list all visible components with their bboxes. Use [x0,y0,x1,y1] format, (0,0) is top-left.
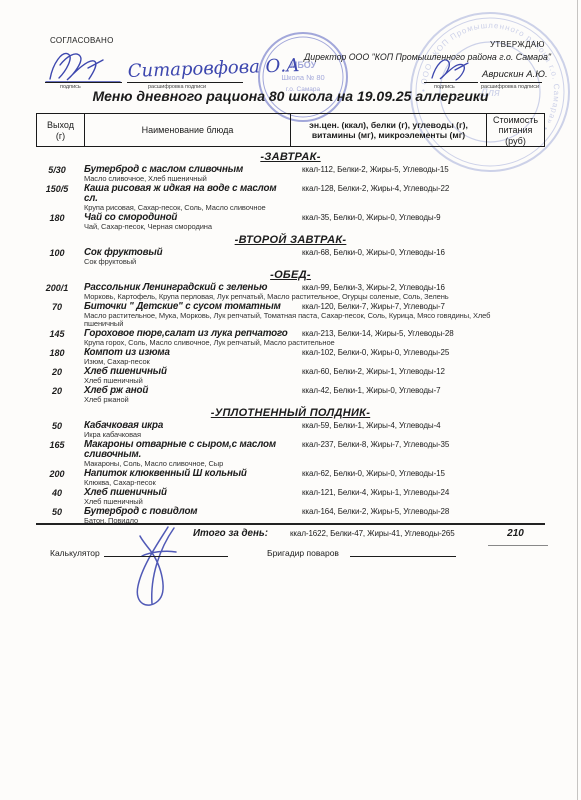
dish-nutrition: ккал-35, Белки-0, Жиры-0, Углеводы-9 [290,213,486,223]
dish-nutrition: ккал-121, Белки-4, Жиры-1, Углеводы-24 [290,488,486,498]
menu-section-title: -ОБЕД- [36,269,545,281]
col-header-output: Выход (г) [37,114,85,147]
brigadier-label: Бригадир поваров [267,548,339,558]
col-header-cost: Стоимость питания (руб) [487,114,544,147]
dish-nutrition: ккал-62, Белки-0, Жиры-0, Углеводы-15 [290,469,486,479]
dish-cost [486,248,545,258]
page-title: Меню дневного рациона 80 школа на 19.09.… [0,88,581,104]
col-header-nutrition: эн.цен. (ккал), белки (г), углеводы (г),… [291,114,487,147]
menu-section: -УПЛОТНЕННЫЙ ПОЛДНИК- 50 Кабачковая икра… [36,407,545,525]
approved-name-line [480,82,542,83]
dish-nutrition: ккал-237, Белки-8, Жиры-7, Углеводы-35 [290,440,486,460]
dish-cost [486,329,545,339]
portion-weight: 5/30 [36,165,84,183]
portion-weight: 70 [36,302,84,328]
approved-signature-line [424,82,478,83]
menu-row: 200 Напиток клюквенный Ш кольный ккал-62… [36,469,545,487]
scanned-menu-document: • ООО «КОП Промышленного района г.о. Сам… [0,0,581,800]
dish-ingredients: Макароны, Соль, Масло сливочное, Сыр [84,460,524,468]
calculator-label: Калькулятор [50,548,100,558]
totals-nutrition: ккал-1622, Белки-47, Жиры-41, Углеводы-2… [290,528,486,539]
dish-nutrition: ккал-164, Белки-2, Жиры-5, Углеводы-28 [290,507,486,517]
approved-name: Аврискин А.Ю. [482,69,548,80]
dish-cost [486,367,545,377]
totals-label: Итого за день: [84,528,290,539]
menu-row: 100 Сок фруктовый ккал-68, Белки-0, Жиры… [36,248,545,266]
portion-weight: 50 [36,421,84,439]
dish-ingredients: Икра кабачковая [84,431,524,439]
dish-ingredients: Морковь, Картофель, Крупа перловая, Лук … [84,293,524,301]
brigadier-signature-line [350,556,456,557]
dish-cost [486,213,545,223]
portion-weight: 145 [36,329,84,347]
menu-section-title: -ЗАВТРАК- [36,151,545,163]
dish-cost [486,165,545,175]
portion-weight: 165 [36,440,84,468]
dish-nutrition: ккал-59, Белки-1, Жиры-4, Углеводы-4 [290,421,486,431]
portion-weight: 180 [36,348,84,366]
totals-cost: 210 [486,528,545,539]
portion-weight: 200 [36,469,84,487]
dish-cost [486,302,545,312]
portion-weight: 100 [36,248,84,266]
table-header: Выход (г) Наименование блюда эн.цен. (кк… [36,113,545,147]
dish-ingredients: Крупа рисовая, Сахар-песок, Соль, Масло … [84,204,524,212]
menu-row: 5/30 Бутерброд с маслом сливочным ккал-1… [36,165,545,183]
menu-row: 70 Биточки " Детские" с сусом томатным к… [36,302,545,328]
dish-name: Макароны отварные с сыром,с маслом сливо… [84,440,290,460]
dish-cost [486,421,545,431]
portion-weight: 180 [36,213,84,231]
dish-nutrition: ккал-68, Белки-0, Жиры-0, Углеводы-16 [290,248,486,258]
dish-nutrition: ккал-112, Белки-2, Жиры-5, Углеводы-15 [290,165,486,175]
dish-cost [486,386,545,396]
dish-cost [486,488,545,498]
dish-ingredients: Хлеб ржаной [84,396,524,404]
menu-row: 20 Хлеб рж аной ккал-42, Белки-1, Жиры-0… [36,386,545,404]
approved-label: УТВЕРЖДАЮ [490,40,545,49]
dish-ingredients: Хлеб пшеничный [84,377,524,385]
dish-ingredients: Клюква, Сахар-песок [84,479,524,487]
dish-ingredients: Масло сливочное, Хлеб пшеничный [84,175,524,183]
menu-row: 165 Макароны отварные с сыром,с маслом с… [36,440,545,468]
dish-ingredients: Сок фруктовый [84,258,524,266]
totals-row: Итого за день: ккал-1622, Белки-47, Жиры… [36,528,545,539]
menu-row: 145 Гороховое пюре,салат из лука репчато… [36,329,545,347]
portion-weight: 150/5 [36,184,84,212]
dish-ingredients: Чай, Сахар-песок, Черная смородина [84,223,524,231]
dish-cost [486,283,545,293]
dish-name: Каша рисовая ж идкая на воде с маслом сл… [84,184,290,204]
dish-ingredients: Изюм, Сахар-песок [84,358,524,366]
dish-nutrition: ккал-128, Белки-2, Жиры-4, Углеводы-22 [290,184,486,204]
menu-section: -ОБЕД- 200/1 Рассольник Ленинградский с … [36,269,545,404]
portion-weight: 20 [36,367,84,385]
dish-cost [486,440,545,460]
agreed-signature-line [45,82,122,83]
portion-weight: 200/1 [36,283,84,301]
menu-row: 20 Хлеб пшеничный ккал-60, Белки-2, Жиры… [36,367,545,385]
dish-nutrition: ккал-102, Белки-0, Жиры-0, Углеводы-25 [290,348,486,358]
menu-row: 40 Хлеб пшеничный ккал-121, Белки-4, Жир… [36,488,545,506]
menu-section: -ЗАВТРАК- 5/30 Бутерброд с маслом сливоч… [36,151,545,231]
menu-section-title: -ВТОРОЙ ЗАВТРАК- [36,234,545,246]
agreed-label: СОГЛАСОВАНО [50,36,114,45]
approved-position: Директор ООО "КОП Промышленного района г… [304,52,551,62]
col-header-dish: Наименование блюда [85,114,291,147]
dish-cost [486,184,545,204]
dish-ingredients: Хлеб пшеничный [84,498,524,506]
menu-section: -ВТОРОЙ ЗАВТРАК- 100 Сок фруктовый ккал-… [36,234,545,266]
cost-underline [488,545,548,546]
portion-weight: 20 [36,386,84,404]
calculator-signature-line [104,556,228,557]
menu-section-title: -УПЛОТНЕННЫЙ ПОЛДНИК- [36,407,545,419]
totals-rule [36,523,545,525]
menu-row: 180 Чай со смородиной ккал-35, Белки-0, … [36,213,545,231]
menu-row: 200/1 Рассольник Ленинградский с зеленью… [36,283,545,301]
dish-cost [486,469,545,479]
dish-cost [486,507,545,517]
dish-nutrition: ккал-60, Белки-2, Жиры-1, Углеводы-12 [290,367,486,377]
menu-row: 50 Кабачковая икра ккал-59, Белки-1, Жир… [36,421,545,439]
menu-row: 150/5 Каша рисовая ж идкая на воде с мас… [36,184,545,212]
dish-ingredients: Крупа горох, Соль, Масло сливочное, Лук … [84,339,524,347]
menu-body: -ЗАВТРАК- 5/30 Бутерброд с маслом сливоч… [36,148,545,526]
menu-row: 180 Компот из изюма ккал-102, Белки-0, Ж… [36,348,545,366]
dish-cost [486,348,545,358]
dish-ingredients: Масло растительное, Мука, Морковь, Лук р… [84,312,524,328]
dish-nutrition: ккал-42, Белки-1, Жиры-0, Углеводы-7 [290,386,486,396]
agreed-name-line [127,82,243,83]
portion-weight: 40 [36,488,84,506]
